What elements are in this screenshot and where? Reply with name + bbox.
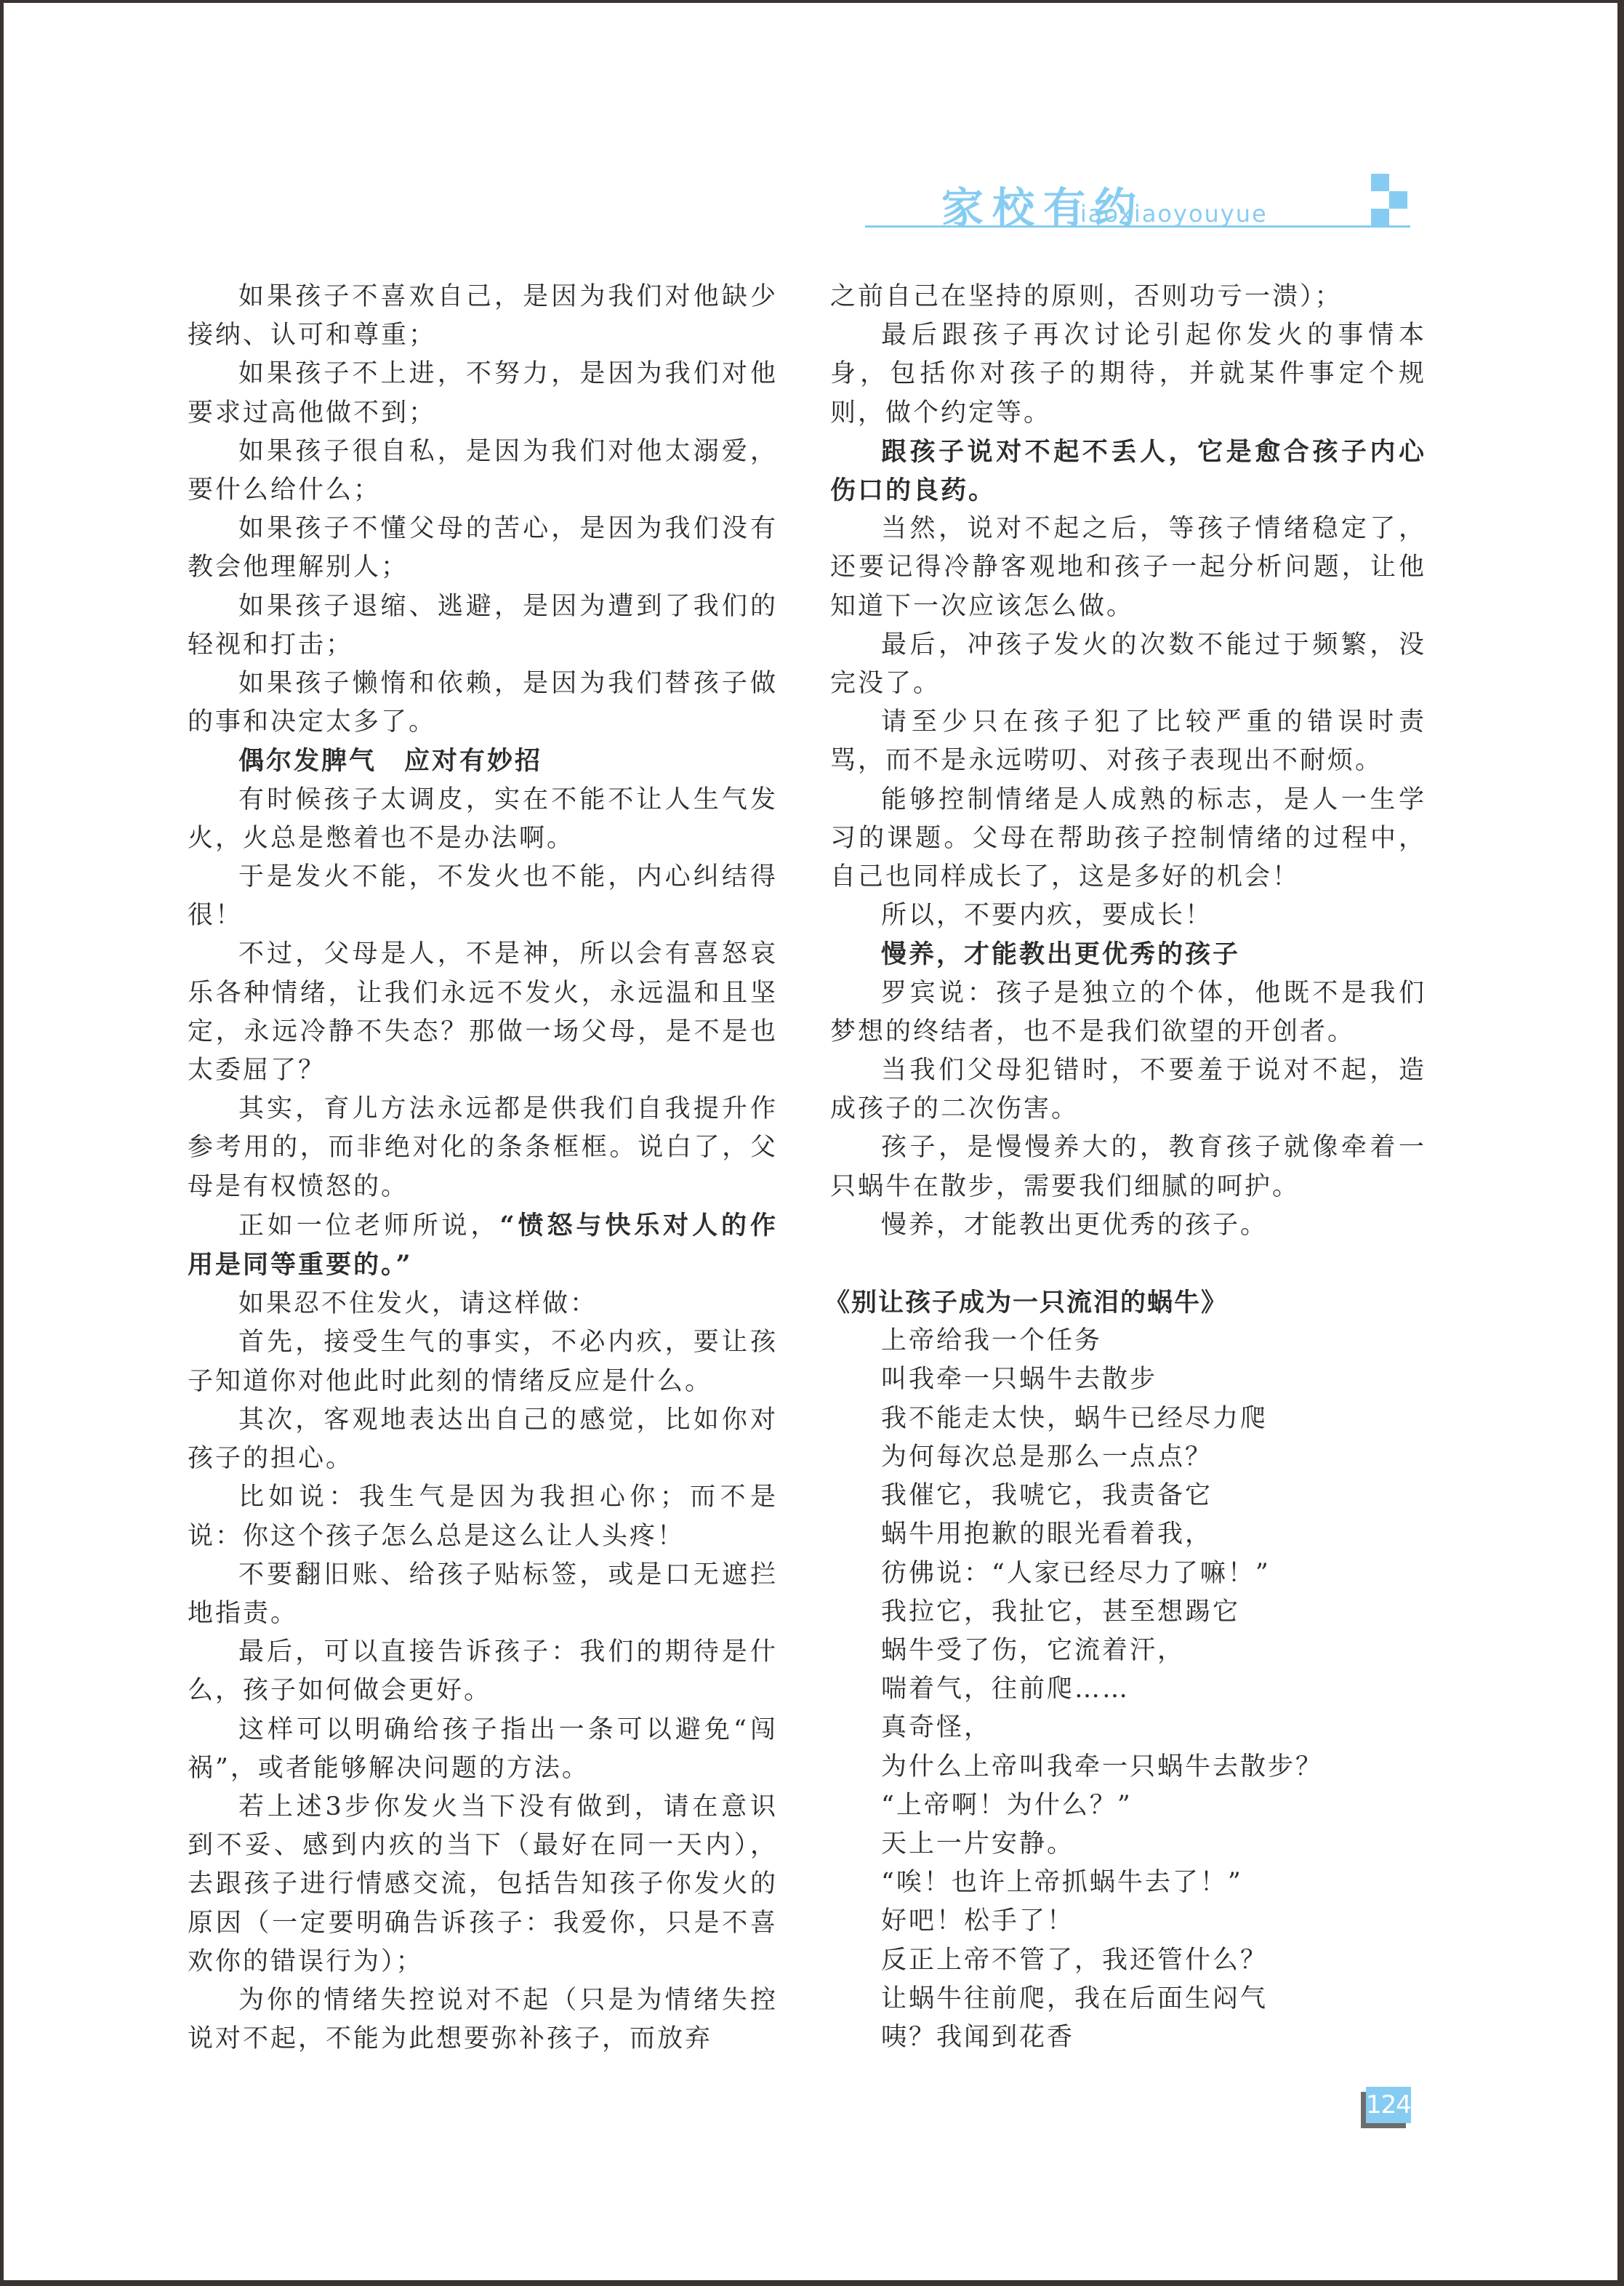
paragraph-with-quote: 正如一位老师所说，“愤怒与快乐对人的作用是同等重要的。” (188, 1206, 778, 1285)
poem-line: 天上一片安静。 (830, 1825, 1426, 1864)
paragraph: 如果孩子不喜欢自己，是因为我们对他缺少接纳、认可和尊重； (188, 278, 778, 355)
paragraph: 如果孩子懒惰和依赖，是因为我们替孩子做的事和决定太多了。 (188, 665, 778, 742)
paragraph: 如果孩子退缩、逃避，是因为遭到了我们的轻视和打击； (188, 587, 778, 665)
poem-line: “唉！也许上帝抓蜗牛去了！” (830, 1864, 1426, 1902)
paragraph: 当我们父母犯错时，不要羞于说对不起，造成孩子的二次伤害。 (830, 1051, 1426, 1128)
poem-line: 我不能走太快，蜗牛已经尽力爬 (830, 1400, 1426, 1438)
section-heading: 偶尔发脾气 应对有妙招 (188, 742, 778, 780)
poem-line: 让蜗牛往前爬，我在后面生闷气 (830, 1980, 1426, 2018)
paragraph: 如果孩子不上进，不努力，是因为我们对他要求过高他做不到； (188, 355, 778, 432)
poem-line: 反正上帝不管了，我还管什么？ (830, 1941, 1426, 1980)
paragraph: 比如说：我生气是因为我担心你；而不是说：你这个孩子怎么总是这么让人头疼！ (188, 1478, 778, 1555)
paragraph: 其次，客观地表达出自己的感觉，比如你对孩子的担心。 (188, 1401, 778, 1478)
paragraph: 最后跟孩子再次讨论引起你发火的事情本身，包括你对孩子的期待，并就某件事定个规则，… (830, 316, 1426, 433)
left-column: 如果孩子不喜欢自己，是因为我们对他缺少接纳、认可和尊重； 如果孩子不上进，不努力… (188, 278, 778, 2058)
paragraph: 其实，育儿方法永远都是供我们自我提升作参考用的，而非绝对化的条条框框。说白了，父… (188, 1090, 778, 1206)
paragraph: 当然，说对不起之后，等孩子情绪稳定了，还要记得冷静客观地和孩子一起分析问题，让他… (830, 510, 1426, 626)
paragraph: 请至少只在孩子犯了比较严重的错误时责骂，而不是永远唠叨、对孩子表现出不耐烦。 (830, 703, 1426, 780)
poem-line: 好吧！松手了！ (830, 1902, 1426, 1941)
poem-line: 蜗牛用抱歉的眼光看着我， (830, 1515, 1426, 1554)
poem-line: 我催它，我唬它，我责备它 (830, 1477, 1426, 1515)
bold-paragraph: 跟孩子说对不起不丢人，它是愈合孩子内心伤口的良药。 (830, 433, 1426, 510)
poem-line: 喘着气，往前爬…… (830, 1670, 1426, 1709)
poem-line: 我拉它，我扯它，甚至想踢它 (830, 1593, 1426, 1632)
poem-line: 蜗牛受了伤，它流着汗， (830, 1632, 1426, 1670)
poem-line: 真奇怪， (830, 1709, 1426, 1747)
poem-line: 咦？我闻到花香 (830, 2018, 1426, 2057)
right-column: 之前自己在坚持的原则，否则功亏一溃）； 最后跟孩子再次讨论引起你发火的事情本身，… (830, 278, 1426, 2057)
poem-line: 上帝给我一个任务 (830, 1322, 1426, 1360)
quote-lead: 正如一位老师所说， (238, 1211, 499, 1240)
paragraph: 若上述3步你发火当下没有做到，请在意识到不妥、感到内疚的当下（最好在同一天内），… (188, 1788, 778, 1981)
paragraph: 如果孩子很自私，是因为我们对他太溺爱，要什么给什么； (188, 433, 778, 510)
paragraph: 所以，不要内疚，要成长！ (830, 897, 1426, 935)
paragraph: 于是发火不能，不发火也不能，内心纠结得很！ (188, 858, 778, 935)
paragraph: 最后，可以直接告诉孩子：我们的期待是什么，孩子如何做会更好。 (188, 1633, 778, 1710)
paragraph: 罗宾说：孩子是独立的个体，他既不是我们梦想的终结者，也不是我们欲望的开创者。 (830, 974, 1426, 1051)
paragraph: 为你的情绪失控说对不起（只是为情绪失控说对不起，不能为此想要弥补孩子，而放弃 (188, 1981, 778, 2058)
header-divider (865, 225, 1410, 228)
poem-title: 《别让孩子成为一只流泪的蜗牛》 (824, 1283, 1426, 1322)
magazine-page: 家校有约 jiaoxiaoyouyue 如果孩子不喜欢自己，是因为我们对他缺少接… (4, 3, 1617, 2280)
paragraph: 有时候孩子太调皮，实在不能不让人生气发火，火总是憋着也不是办法啊。 (188, 781, 778, 858)
column-title-pinyin: jiaoxiaoyouyue (1072, 201, 1268, 227)
poem-line: 为什么上帝叫我牵一只蜗牛去散步？ (830, 1748, 1426, 1786)
section-heading: 慢养，才能教出更优秀的孩子 (830, 935, 1426, 974)
poem-line: “上帝啊！为什么？” (830, 1786, 1426, 1825)
paragraph: 如果孩子不懂父母的苦心，是因为我们没有教会他理解别人； (188, 510, 778, 587)
paragraph: 不过，父母是人，不是神，所以会有喜怒哀乐各种情绪，让我们永远不发火，永远温和且坚… (188, 935, 778, 1090)
poem: 上帝给我一个任务 叫我牵一只蜗牛去散步 我不能走太快，蜗牛已经尽力爬 为何每次总… (830, 1322, 1426, 2057)
paragraph: 这样可以明确给孩子指出一条可以避免“闯祸”，或者能够解决问题的方法。 (188, 1711, 778, 1788)
poem-line: 彷佛说：“人家已经尽力了嘛！” (830, 1555, 1426, 1593)
paragraph: 如果忍不住发火，请这样做： (188, 1285, 778, 1323)
paragraph: 能够控制情绪是人成熟的标志，是人一生学习的课题。父母在帮助孩子控制情绪的过程中，… (830, 781, 1426, 897)
paragraph: 孩子，是慢慢养大的，教育孩子就像牵着一只蜗牛在散步，需要我们细腻的呵护。 (830, 1128, 1426, 1206)
poem-line: 叫我牵一只蜗牛去散步 (830, 1360, 1426, 1399)
paragraph: 最后，冲孩子发火的次数不能过于频繁，没完没了。 (830, 626, 1426, 703)
paragraph: 慢养，才能教出更优秀的孩子。 (830, 1206, 1426, 1245)
page-number: 124 (1366, 2087, 1411, 2123)
paragraph: 首先，接受生气的事实，不必内疚，要让孩子知道你对他此时此刻的情绪反应是什么。 (188, 1323, 778, 1400)
poem-line: 为何每次总是那么一点点？ (830, 1438, 1426, 1477)
paragraph-continued: 之前自己在坚持的原则，否则功亏一溃）； (830, 278, 1426, 316)
paragraph: 不要翻旧账、给孩子贴标签，或是口无遮拦地指责。 (188, 1556, 778, 1633)
